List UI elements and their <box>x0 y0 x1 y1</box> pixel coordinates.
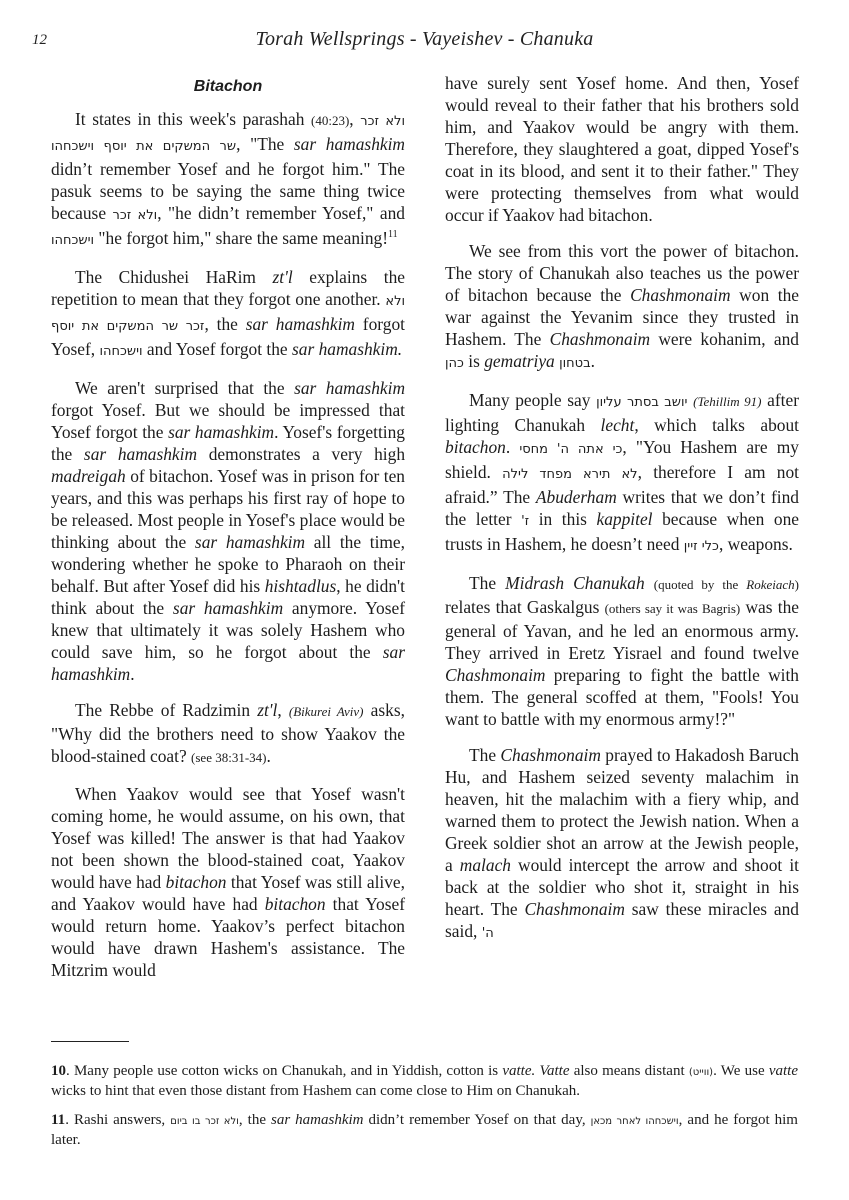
text: . <box>506 437 519 457</box>
text: The <box>469 573 505 593</box>
text: , "The <box>236 134 294 154</box>
italic-term: bitachon <box>166 872 227 892</box>
italic-term: sar hamashkim <box>294 134 405 154</box>
text: , the <box>239 1112 271 1128</box>
paragraph-7: Many people say יושב בסתר עליון (Tehilli… <box>445 389 799 558</box>
italic-term: bitachon <box>265 894 326 914</box>
hebrew-text: כלי זיין <box>684 539 719 554</box>
footnote-marker[interactable]: 11 <box>388 229 398 240</box>
paragraph-4: The Rebbe of Radzimin zt'l, (Bikurei Avi… <box>51 699 405 769</box>
hebrew-text: וישכחהו לאחר מכאן <box>591 1116 679 1127</box>
hebrew-text: כי אתה ה' מחסי <box>519 442 622 457</box>
italic-term: vatte. Vatte <box>502 1063 569 1079</box>
text: , weapons. <box>719 534 793 554</box>
text: , <box>349 109 360 129</box>
text: , "he didn’t remember Yosef," and <box>157 203 405 223</box>
text: We aren't surprised that the <box>75 378 294 398</box>
hebrew-text: ז' <box>521 514 529 529</box>
italic-term: Chashmonaim <box>524 899 625 919</box>
source-reference: (quoted by the <box>654 577 747 592</box>
text: . We use <box>713 1063 769 1079</box>
source-reference: (Bikurei Aviv) <box>289 704 364 719</box>
italic-term: Chashmonaim <box>445 665 546 685</box>
paragraph-2: The Chidushei HaRim zt'l explains the re… <box>51 266 405 363</box>
hebrew-text: ולא זכר <box>113 208 158 223</box>
paragraph-1: It states in this week's parashah (40:23… <box>51 108 405 252</box>
italic-term: malach <box>460 855 511 875</box>
hebrew-text: כהן <box>445 356 464 371</box>
paragraph-8: The Midrash Chanukah (quoted by the Roke… <box>445 572 799 730</box>
italic-term: sar hamashkim. <box>292 339 402 359</box>
text: The <box>469 745 500 765</box>
italic-term: Chashmonaim <box>500 745 601 765</box>
text: relates that Gaskalgus <box>445 597 605 617</box>
paragraph-continued: have surely sent Yosef home. And then, Y… <box>445 72 799 226</box>
italic-term: Chashmonaim <box>630 285 731 305</box>
footnote-separator <box>51 1041 129 1042</box>
text: The Rebbe of Radzimin <box>75 700 257 720</box>
text: didn’t remember Yosef on that day, <box>364 1112 591 1128</box>
italic-term: bitachon <box>445 437 506 457</box>
italic-term: sar hamashkim <box>294 378 405 398</box>
italic-term: sar hamashkim <box>173 598 283 618</box>
text: , the <box>204 314 245 334</box>
left-column: Bitachon It states in this week's parash… <box>51 72 405 995</box>
source-reference: (Tehillim 91) <box>693 394 761 409</box>
text <box>645 573 654 593</box>
paragraph-3: We aren't surprised that the sar hamashk… <box>51 377 405 685</box>
text: also means distant <box>569 1063 688 1079</box>
source-reference: Rokeiach <box>746 577 794 592</box>
hebrew-text: (ווייט) <box>689 1067 713 1078</box>
italic-term: lecht <box>601 415 635 435</box>
running-head: Torah Wellsprings - Vayeishev - Chanuka <box>0 28 849 51</box>
text: . Many people use cotton wicks on Chanuk… <box>66 1063 502 1079</box>
italic-term: madreigah <box>51 466 126 486</box>
text: is <box>464 351 484 371</box>
hebrew-text: בטחון <box>559 356 591 371</box>
italic-term: sar hamashkim <box>246 314 355 334</box>
hebrew-text: יושב בסתר עליון <box>596 395 687 410</box>
text: It states in this week's parashah <box>75 109 311 129</box>
italic-term: sar hamashkim <box>195 532 305 552</box>
text: demonstrates a very high <box>197 444 405 464</box>
italic-term: sar hamashkim <box>84 444 197 464</box>
footnote-number: 10 <box>51 1063 66 1079</box>
text: in this <box>529 509 596 529</box>
verse-reference: (see 38:31-34) <box>191 750 266 765</box>
section-heading: Bitachon <box>51 76 405 98</box>
text: were kohanim, and <box>650 329 799 349</box>
verse-reference: (40:23) <box>311 113 349 128</box>
text: wicks to hint that even those distant fr… <box>51 1083 580 1099</box>
text: The Chidushei HaRim <box>75 267 273 287</box>
italic-term: Midrash Chanukah <box>505 573 645 593</box>
source-reference: ) <box>795 577 799 592</box>
italic-term: zt'l <box>257 700 277 720</box>
italic-term: zt'l <box>273 267 293 287</box>
text: . Rashi answers, <box>65 1112 170 1128</box>
footnotes: 10. Many people use cotton wicks on Chan… <box>51 1062 798 1160</box>
text: and Yosef forgot the <box>143 339 292 359</box>
italic-term: kappitel <box>597 509 653 529</box>
italic-term: hishtadlus <box>265 576 337 596</box>
hebrew-text: וישכחהו <box>51 233 94 248</box>
right-column: have surely sent Yosef home. And then, Y… <box>445 72 799 959</box>
hebrew-text: ולא זכר בו ביום <box>170 1116 239 1127</box>
italic-term: Abuderham <box>536 487 617 507</box>
paragraph-6: We see from this vort the power of bitac… <box>445 240 799 375</box>
italic-term: vatte <box>769 1063 798 1079</box>
paragraph-9: The Chashmonaim prayed to Hakadosh Baruc… <box>445 744 799 945</box>
hebrew-text: לא תירא מפחד לילה <box>502 467 637 482</box>
italic-term: gematriya <box>484 351 555 371</box>
italic-term: sar hamashkim <box>168 422 274 442</box>
text: . <box>267 746 271 766</box>
text: . <box>591 351 595 371</box>
footnote-10: 10. Many people use cotton wicks on Chan… <box>51 1062 798 1101</box>
parenthetical-note: (others say it was Bagris) <box>605 601 741 616</box>
paragraph-5: When Yaakov would see that Yosef wasn't … <box>51 783 405 981</box>
text: , which talks about <box>634 415 799 435</box>
hebrew-text: ה' <box>482 926 494 941</box>
italic-term: sar hamashkim <box>271 1112 364 1128</box>
footnote-11: 11. Rashi answers, ולא זכר בו ביום, the … <box>51 1111 798 1150</box>
footnote-number: 11 <box>51 1112 65 1128</box>
text: Many people say <box>469 390 596 410</box>
text: . <box>130 664 134 684</box>
text: , <box>277 700 289 720</box>
text: "he forgot him," share the same meaning! <box>94 228 388 248</box>
italic-term: Chashmonaim <box>550 329 651 349</box>
hebrew-text: וישכחהו <box>100 344 143 359</box>
